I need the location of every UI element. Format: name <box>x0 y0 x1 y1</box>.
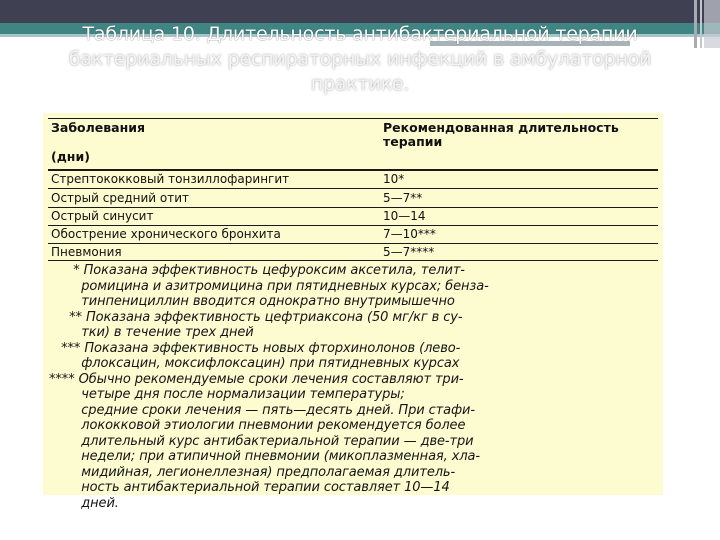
footnote-line: длительный курс антибактериальной терапи… <box>49 434 659 450</box>
decorative-bar <box>700 0 702 48</box>
table-row: Стрептококковый тонзиллофарингит 10* <box>51 170 656 188</box>
column-header-diseases: Заболевания <box>51 121 145 135</box>
footnote-line: тки) в течение трех дней <box>49 325 659 341</box>
footnote-line: ность антибактериальной терапии составля… <box>49 480 659 496</box>
footnote-line: **** Обычно рекомендуемые сроки лечения … <box>49 372 659 388</box>
footnote-line: * Показана эффективность цефуроксим аксе… <box>49 263 659 279</box>
footnote-line: *** Показана эффективность новых фторхин… <box>49 341 659 357</box>
duration-cell: 10* <box>383 170 404 188</box>
duration-cell: 7—10*** <box>383 225 436 243</box>
table-bottom-rule <box>48 260 658 261</box>
disease-cell: Обострение хронического бронхита <box>51 225 281 243</box>
footnote-line: недели; при атипичной пневмонии (микопла… <box>49 449 659 465</box>
footnotes: * Показана эффективность цефуроксим аксе… <box>49 263 659 511</box>
decorative-bar <box>694 0 697 48</box>
duration-cell: 10—14 <box>383 207 426 225</box>
disease-cell: Острый синусит <box>51 207 153 225</box>
footnote-line: дней. <box>49 496 659 512</box>
title-line-3: практике. <box>60 72 660 97</box>
footnote-line: тинпенициллин вводится однократно внутри… <box>49 294 659 310</box>
disease-cell: Стрептококковый тонзиллофарингит <box>51 170 289 188</box>
header-dark-band <box>0 0 720 23</box>
table-row: Обострение хронического бронхита 7—10*** <box>51 225 656 243</box>
column-header-days: (дни) <box>51 150 90 164</box>
footnote-line: лококковой этиологии пневмонии рекоменду… <box>49 418 659 434</box>
table-image-panel: Заболевания (дни) Рекомендованная длител… <box>43 113 663 495</box>
table-top-rule <box>48 118 658 119</box>
title-line-1: Таблица 10. Длительность антибактериальн… <box>60 22 660 47</box>
disease-cell: Острый средний отит <box>51 189 189 207</box>
column-header-duration: Рекомендованная длительность терапии <box>383 121 643 149</box>
title-line-2: бактериальных респираторных инфекций в а… <box>60 47 660 72</box>
table-row: Пневмония 5—7**** <box>51 243 656 261</box>
footnote-line: ромицина и азитромицина при пятидневных … <box>49 279 659 295</box>
footnote-line: ** Показана эффективность цефтриаксона (… <box>49 310 659 326</box>
footnote-line: мидийная, легионеллезная) предполагаемая… <box>49 465 659 481</box>
footnote-line: флоксацин, моксифлоксацин) при пятидневн… <box>49 356 659 372</box>
footnote-line: средние сроки лечения — пять—десять дней… <box>49 403 659 419</box>
slide-title: Таблица 10. Длительность антибактериальн… <box>60 22 660 97</box>
duration-cell: 5—7**** <box>383 243 434 261</box>
footnote-line: четыре дня после нормализации температур… <box>49 387 659 403</box>
duration-cell: 5—7** <box>383 189 422 207</box>
table-row: Острый синусит 10—14 <box>51 207 656 225</box>
disease-cell: Пневмония <box>51 243 122 261</box>
table-row: Острый средний отит 5—7** <box>51 189 656 207</box>
decorative-bar <box>704 0 720 48</box>
